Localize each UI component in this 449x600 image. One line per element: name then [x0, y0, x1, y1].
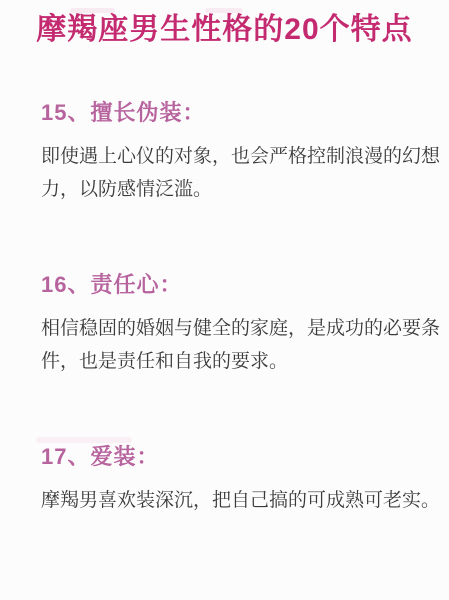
trait-heading: 15、擅长伪装： — [41, 98, 449, 128]
capricorn-traits-page: 摩羯座男生性格的20个特点 15、擅长伪装： 即使遇上心仪的对象，也会严格控制浪… — [0, 8, 449, 600]
trait-section-16: 16、责任心： 相信稳固的婚姻与健全的家庭，是成功的必要条件，也是责任和自我的要… — [41, 270, 449, 378]
trait-heading: 17、爱装： — [41, 442, 449, 472]
trait-section-17: 17、爱装： 摩羯男喜欢装深沉，把自己搞的可成熟可老实。 — [41, 442, 449, 517]
trait-section-15: 15、擅长伪装： 即使遇上心仪的对象，也会严格控制浪漫的幻想力，以防感情泛滥。 — [41, 98, 449, 206]
trait-body: 摩羯男喜欢装深沉，把自己搞的可成熟可老实。 — [41, 484, 449, 517]
trait-heading: 16、责任心： — [41, 270, 449, 300]
trait-body: 即使遇上心仪的对象，也会严格控制浪漫的幻想力，以防感情泛滥。 — [41, 140, 449, 206]
trait-list: 15、擅长伪装： 即使遇上心仪的对象，也会严格控制浪漫的幻想力，以防感情泛滥。 … — [0, 98, 449, 517]
page-title: 摩羯座男生性格的20个特点 — [0, 8, 449, 52]
trait-body: 相信稳固的婚姻与健全的家庭，是成功的必要条件，也是责任和自我的要求。 — [41, 312, 449, 378]
